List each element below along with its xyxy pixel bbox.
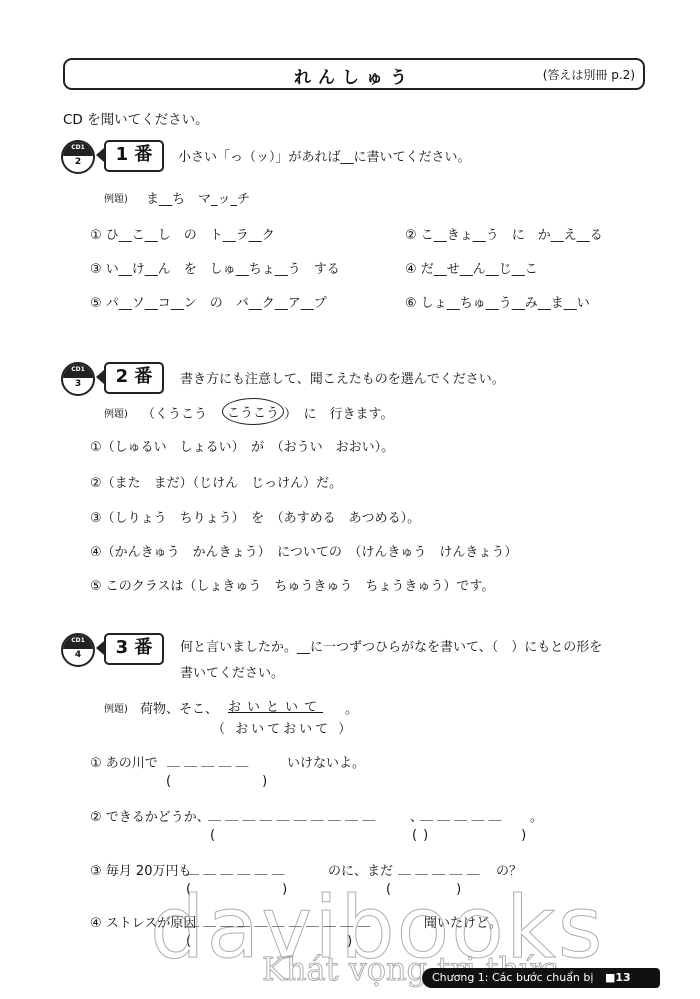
- item-3-1-prefix: ① あの川で: [90, 752, 158, 771]
- answer-reference: (答えは別冊 p.2): [543, 66, 635, 83]
- item-3-2-blanks2: ＿ ＿ ＿ ＿ ＿: [420, 804, 502, 823]
- item-1-4: ④ だ__せ__ん__じ__こ: [405, 258, 538, 277]
- speech-pointer-icon: [96, 148, 104, 162]
- cd-track: 2: [63, 157, 93, 167]
- cd-track: 4: [63, 650, 93, 660]
- item-3-2-paren2: ( ): [412, 824, 526, 843]
- speech-pointer-icon: [96, 370, 104, 384]
- example-base-form: （ おいておいて ）: [212, 718, 354, 737]
- footer-chapter-tab: Chương 1: Các bước chuẩn bị ■13: [422, 968, 660, 988]
- item-3-1-blanks: ＿ ＿ ＿ ＿ ＿: [167, 750, 249, 769]
- item-2-4: ④（かんきゅう かんきょう） についての （けんきゅう けんきょう）: [90, 541, 517, 560]
- section-1-instruction: 小さい「っ（ッ）」があれば__に書いてください。: [178, 146, 471, 165]
- section-number-3: 3 番: [104, 633, 164, 665]
- cd-label: CD1: [63, 364, 93, 378]
- section-3-instruction-line2: 書いてください。: [180, 662, 284, 681]
- example-prefix: 荷物、そこ、: [140, 698, 218, 717]
- header-bar: れんしゅう (答えは別冊 p.2): [63, 58, 645, 90]
- section-number-2: 2 番: [104, 362, 164, 394]
- item-3-2-paren: ( ): [210, 824, 428, 843]
- example-suffix: 。: [345, 698, 358, 717]
- chapter-title: Chương 1: Các bước chuẩn bị: [432, 971, 593, 984]
- example-text: ま__ち マ_ッ_チ: [146, 188, 250, 207]
- item-3-3-suffix: の？: [496, 860, 522, 879]
- section-2-instruction: 書き方にも注意して、聞こえたものを選んでください。: [180, 368, 505, 387]
- item-2-2: ②（また まだ）（じけん じっけん）だ。: [90, 472, 342, 491]
- example-answer: おいといて: [228, 696, 323, 715]
- item-2-5: ⑤ このクラスは（しょきゅう ちゅうきゅう ちょうきゅう）です。: [90, 575, 494, 594]
- cd-badge: CD1 4: [61, 633, 95, 667]
- item-3-3-prefix: ③ 毎月 20万円も: [90, 860, 191, 879]
- item-3-2-prefix: ② できるかどうか、: [90, 806, 210, 825]
- cd-label: CD1: [63, 142, 93, 156]
- page-number: ■13: [605, 971, 631, 984]
- example-label: 例題): [104, 190, 128, 205]
- item-1-5: ⑤ パ__ソ__コ__ン の バ__ク__ア__プ: [90, 292, 327, 311]
- item-3-1-paren: ( ): [166, 770, 267, 789]
- item-3-2-blanks: ＿ ＿ ＿ ＿ ＿ ＿ ＿ ＿ ＿ ＿: [208, 804, 375, 823]
- item-1-3: ③ い__け__ん を しゅ__ちょ__う する: [90, 258, 340, 277]
- section-3-instruction-line1: 何と言いましたか。__に一つずつひらがなを書いて、（ ）にもとの形を: [180, 636, 602, 655]
- speech-pointer-icon: [96, 641, 104, 655]
- item-1-6: ⑥ しょ__ちゅ__う__み__ま__い: [405, 292, 590, 311]
- item-3-3-blanks2: ＿ ＿ ＿ ＿ ＿: [398, 858, 480, 877]
- item-3-2-suffix: 。: [530, 806, 543, 825]
- item-3-1-suffix: いけないよ。: [287, 752, 365, 771]
- example-circled-answer: こうこう: [222, 398, 284, 425]
- intro-instruction: CD を聞いてください。: [63, 108, 209, 128]
- item-1-1: ① ひ__こ__し の ト__ラ__ク: [90, 224, 275, 243]
- item-2-1: ①（しゅるい しょるい） が （おうい おおい）。: [90, 436, 394, 455]
- example-label: 例題): [104, 700, 128, 715]
- cd-label: CD1: [63, 635, 93, 649]
- item-2-3: ③（しりょう ちりょう） を （あすめる あつめる）。: [90, 507, 420, 526]
- item-1-2: ② こ__きょ__う に か__え__る: [405, 224, 603, 243]
- cd-badge: CD1 2: [61, 140, 95, 174]
- example-suffix: ） に 行きます。: [284, 403, 393, 422]
- section-number-1: 1 番: [104, 140, 164, 172]
- cd-track: 3: [63, 379, 93, 389]
- example-prefix: （くうこう: [142, 403, 207, 422]
- cd-badge: CD1 3: [61, 362, 95, 396]
- example-label: 例題): [104, 405, 128, 420]
- item-3-3-blanks: ＿ ＿ ＿ ＿ ＿ ＿: [186, 858, 285, 877]
- item-3-3-mid: のに、まだ: [328, 860, 393, 879]
